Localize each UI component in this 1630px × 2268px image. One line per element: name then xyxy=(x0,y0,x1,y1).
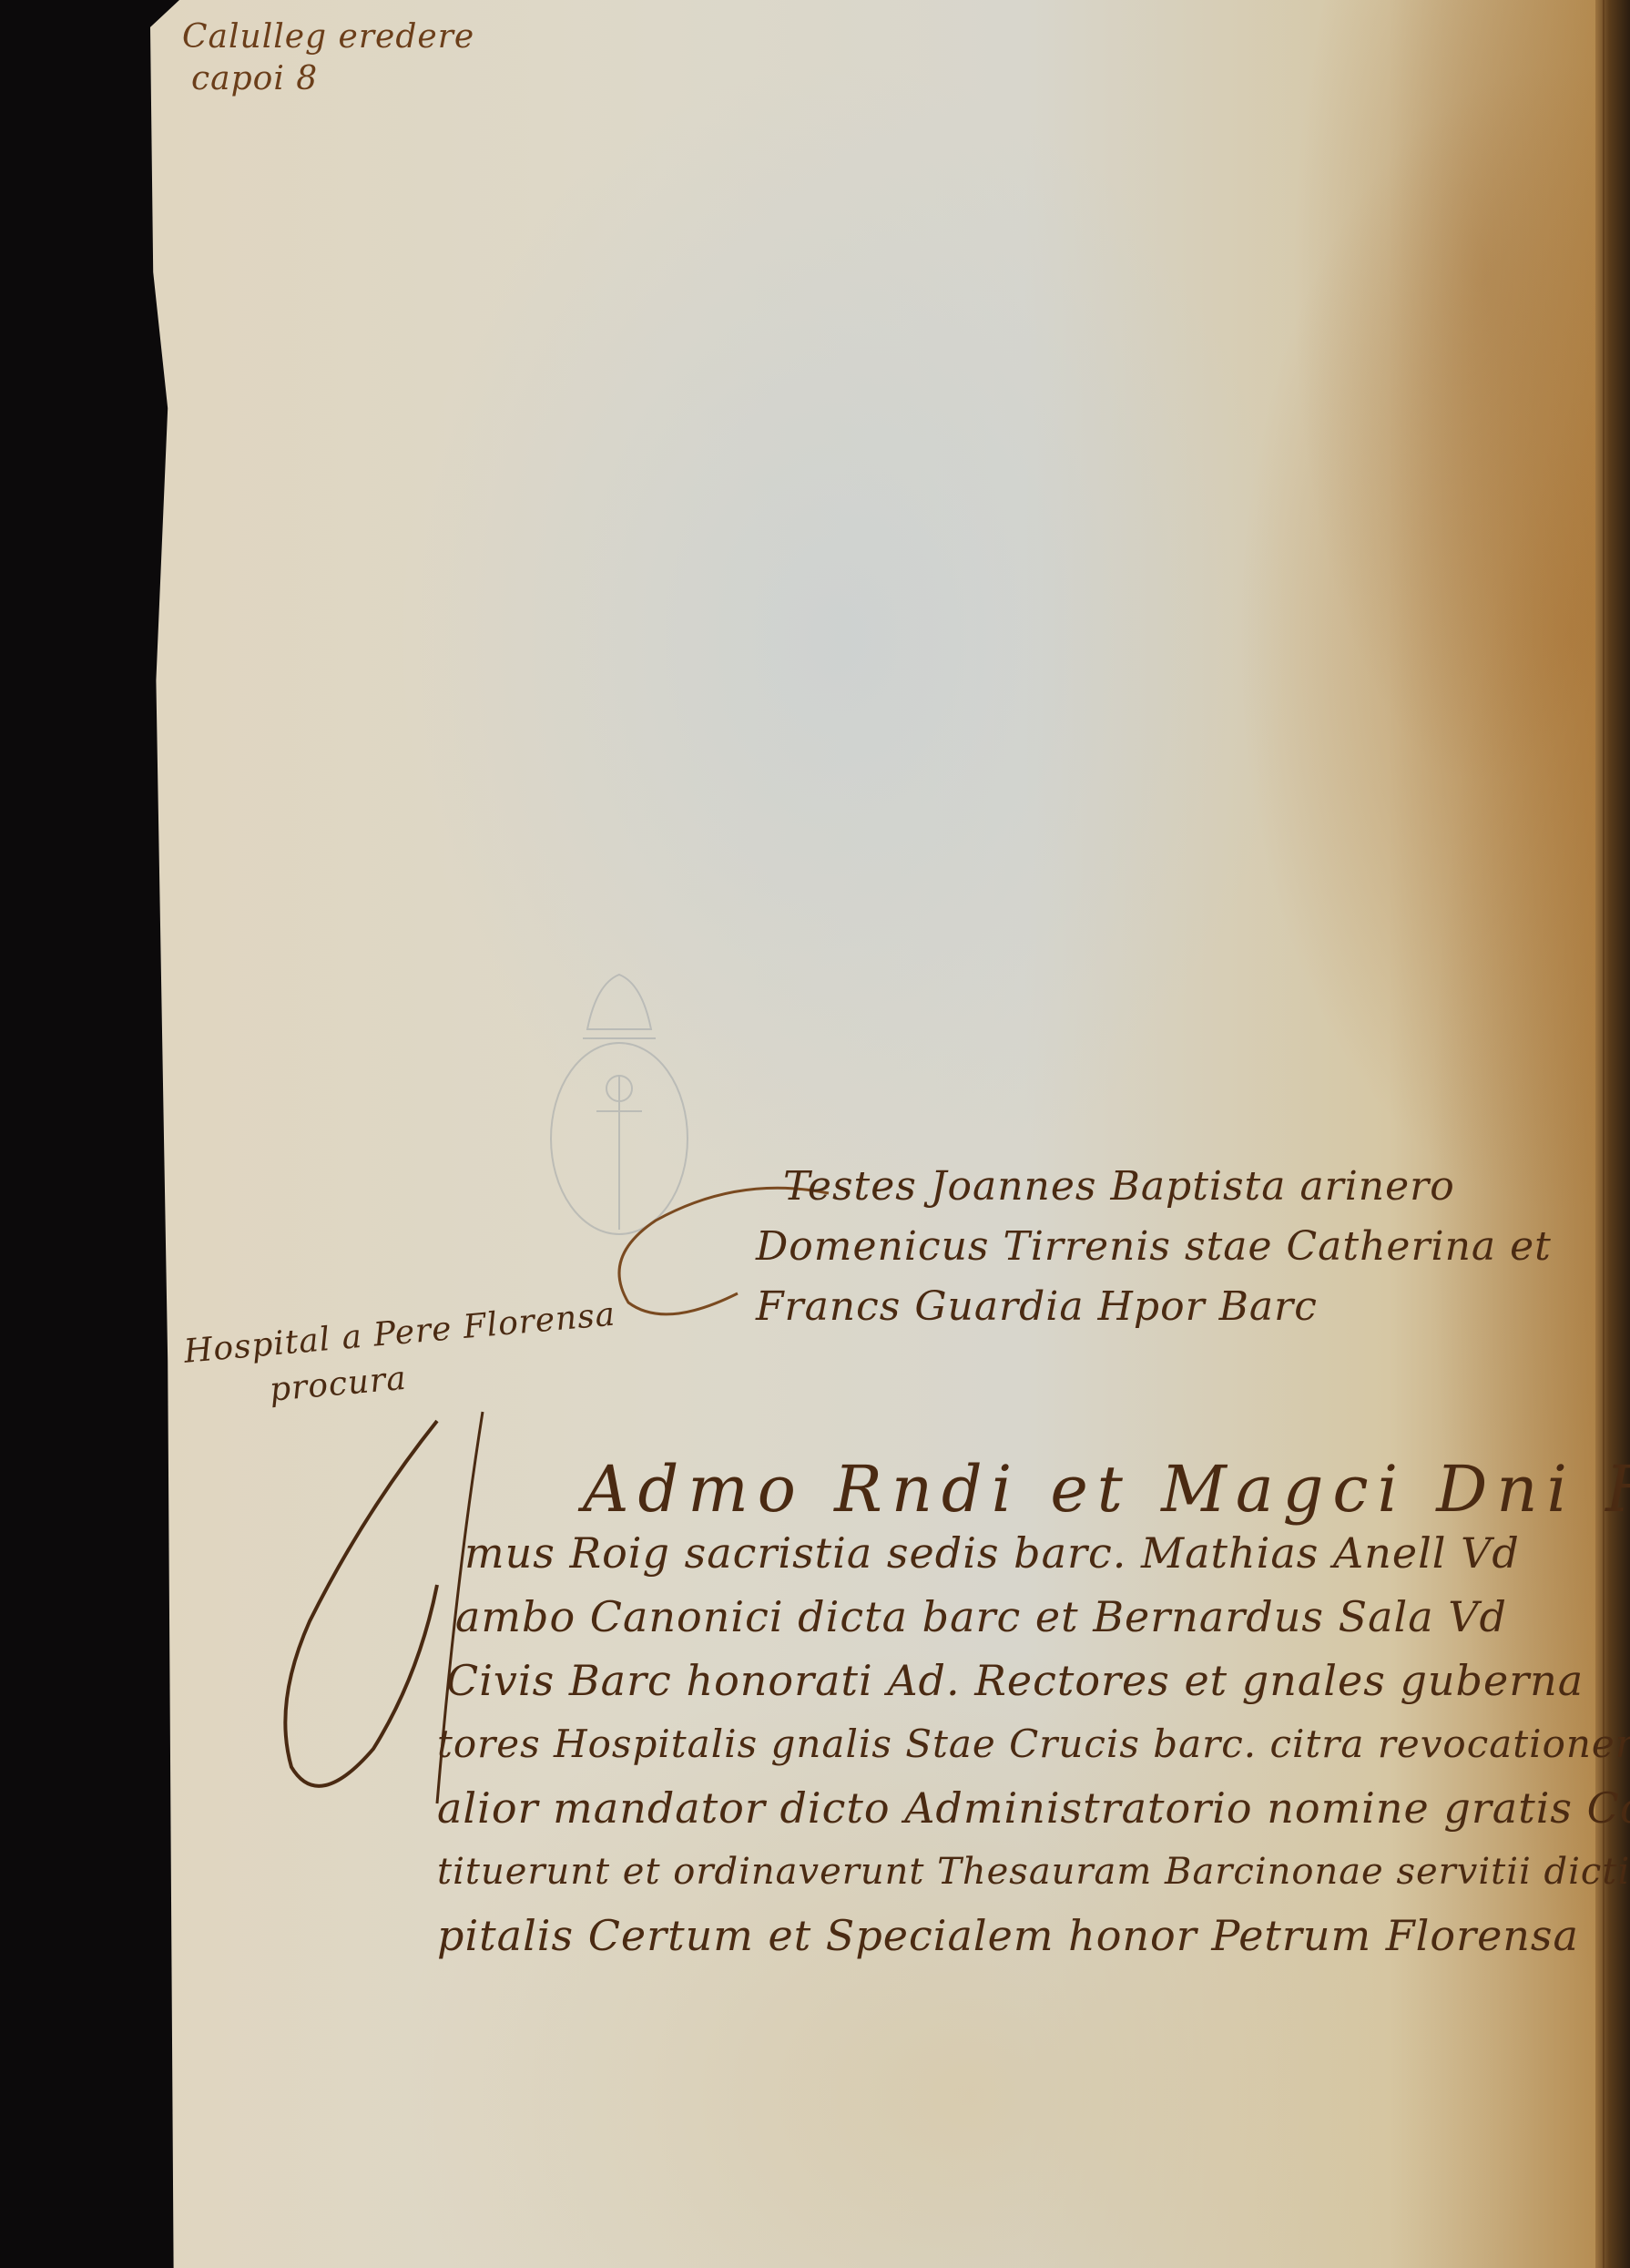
witness-block: Testes Joannes Baptista arinero Domenicu… xyxy=(783,1157,1552,1337)
deed-line: tituerunt et ordinaverunt Thesauram Barc… xyxy=(437,1840,1630,1904)
witness-line: Francs Guardia Hpor Barc xyxy=(756,1277,1552,1337)
corner-annotation-line: capoi 8 xyxy=(191,58,474,100)
deed-line: tores Hospitalis gnalis Stae Crucis barc… xyxy=(437,1712,1630,1776)
deed-line: alior mandator dicto Administratorio nom… xyxy=(437,1776,1630,1840)
corner-annotation-line: Calulleg eredere xyxy=(182,16,474,58)
deed-line: ambo Canonici dicta barc et Bernardus Sa… xyxy=(455,1585,1630,1649)
deed-body: Admo Rndi et Magci Dni Hieroni mus Roig … xyxy=(474,1457,1630,1967)
corner-annotation: Calulleg eredere capoi 8 xyxy=(182,16,474,100)
witness-line: Domenicus Tirrenis stae Catherina et xyxy=(756,1217,1552,1277)
deed-line: pitalis Certum et Specialem honor Petrum… xyxy=(437,1904,1630,1967)
deed-line: mus Roig sacristia sedis barc. Mathias A… xyxy=(464,1521,1630,1585)
deed-line: Civis Barc honorati Ad. Rectores et gnal… xyxy=(446,1649,1630,1712)
watermark-icon xyxy=(533,965,706,1239)
witness-line: Testes Joannes Baptista arinero xyxy=(783,1157,1552,1217)
deed-heading: Admo Rndi et Magci Dni Hieroni xyxy=(583,1457,1630,1521)
